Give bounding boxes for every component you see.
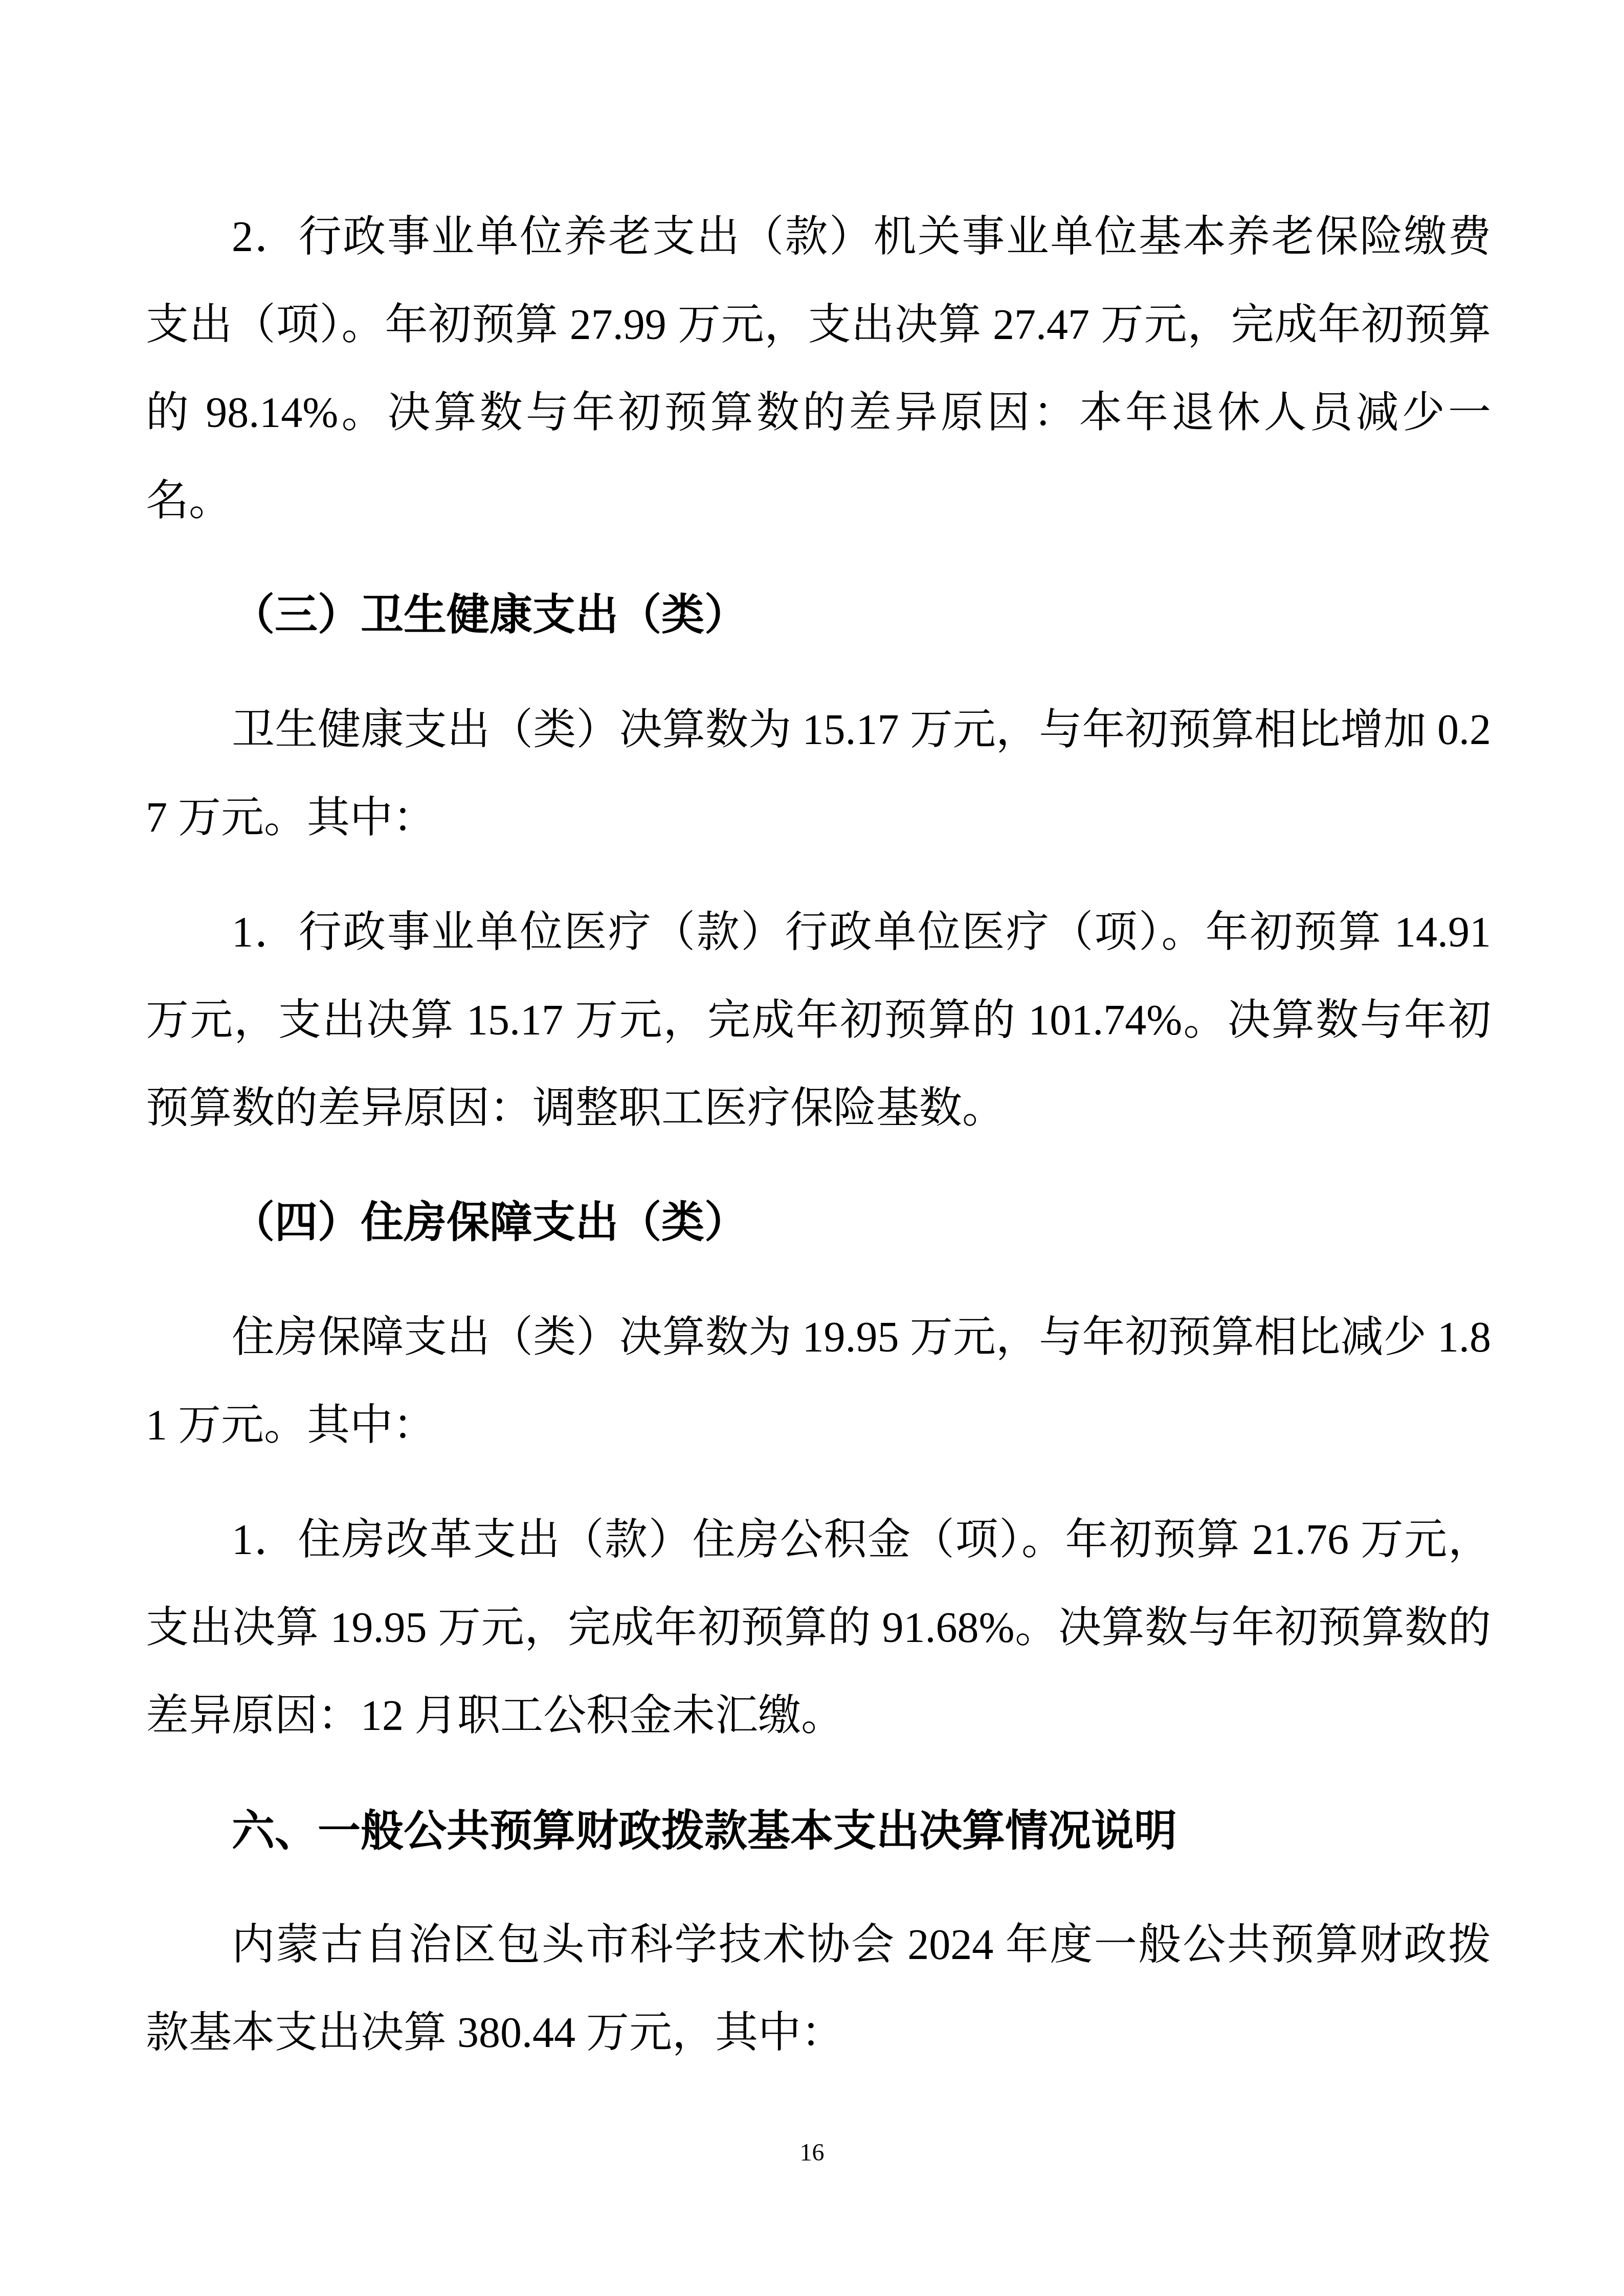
section-heading-health-expenditure: （三）卫生健康支出（类） xyxy=(146,572,1491,660)
paragraph-health-expenditure-summary: 卫生健康支出（类）决算数为 15.17 万元，与年初预算相比增加 0.27 万元… xyxy=(146,686,1491,862)
section-heading-housing-expenditure: （四）住房保障支出（类） xyxy=(146,1179,1491,1267)
page-content: 2．行政事业单位养老支出（款）机关事业单位基本养老保险缴费支出（项）。年初预算 … xyxy=(146,193,1491,2077)
paragraph-pension-expenditure-item: 2．行政事业单位养老支出（款）机关事业单位基本养老保险缴费支出（项）。年初预算 … xyxy=(146,193,1491,545)
paragraph-housing-fund-item: 1．住房改革支出（款）住房公积金（项）。年初预算 21.76 万元，支出决算 1… xyxy=(146,1496,1491,1760)
document-page: 2．行政事业单位养老支出（款）机关事业单位基本养老保险缴费支出（项）。年初预算 … xyxy=(0,0,1624,2296)
paragraph-housing-expenditure-summary: 住房保障支出（类）决算数为 19.95 万元，与年初预算相比减少 1.81 万元… xyxy=(146,1294,1491,1470)
paragraph-medical-expenditure-item: 1．行政事业单位医疗（款）行政单位医疗（项）。年初预算 14.91 万元，支出决… xyxy=(146,889,1491,1153)
section-heading-basic-expenditure-explanation: 六、一般公共预算财政拨款基本支出决算情况说明 xyxy=(146,1787,1491,1875)
page-number: 16 xyxy=(0,2137,1624,2168)
paragraph-basic-expenditure-summary: 内蒙古自治区包头市科学技术协会 2024 年度一般公共预算财政拨款基本支出决算 … xyxy=(146,1901,1491,2077)
